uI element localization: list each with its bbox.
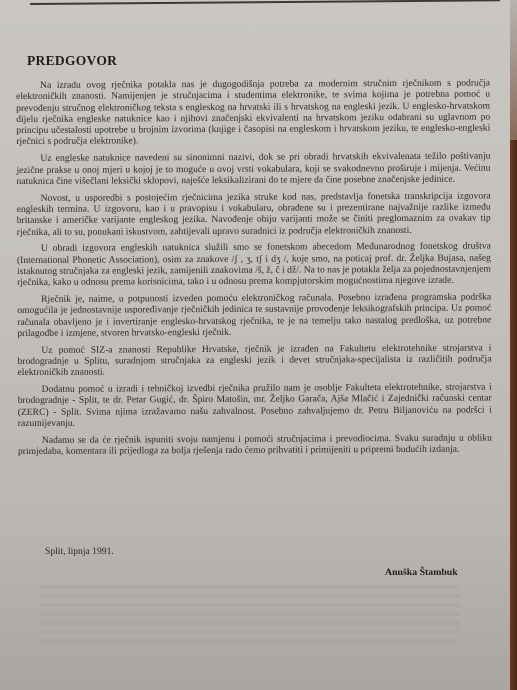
- book-edge-top: [510, 0, 517, 140]
- preface-body: Na izradu ovog rječnika potakla nas je d…: [16, 78, 492, 463]
- header-rule: [30, 0, 500, 5]
- book-spine-edge: [510, 140, 517, 690]
- paragraph: Novost, u usporedbi s postojećim rječnic…: [17, 190, 491, 238]
- show-through-text: [150, 22, 380, 33]
- author-signature: Anuška Štambuk: [385, 567, 458, 578]
- paragraph: Nadamo se da će rječnik ispuniti svoju n…: [18, 432, 492, 457]
- paragraph: Uz engleske natuknice navedeni su sinoni…: [16, 151, 490, 187]
- paragraph: Rječnik je, naime, u potpunosti izveden …: [17, 292, 491, 340]
- paragraph: U obradi izgovora engleskih natuknica sl…: [17, 241, 491, 289]
- page-title: PREDGOVOR: [27, 53, 117, 69]
- place-date: Split, lipnja 1991.: [45, 546, 114, 557]
- book-page: PREDGOVOR Na izradu ovog rječnika potakl…: [0, 0, 510, 690]
- paragraph: Uz pomoć SIZ-a znanosti Republike Hrvats…: [17, 342, 491, 378]
- paragraph: Na izradu ovog rječnika potakla nas je d…: [16, 78, 490, 148]
- paragraph: Dodatnu pomoć u izradi i tehničkoj izved…: [18, 382, 492, 430]
- show-through-shadow: [40, 585, 460, 645]
